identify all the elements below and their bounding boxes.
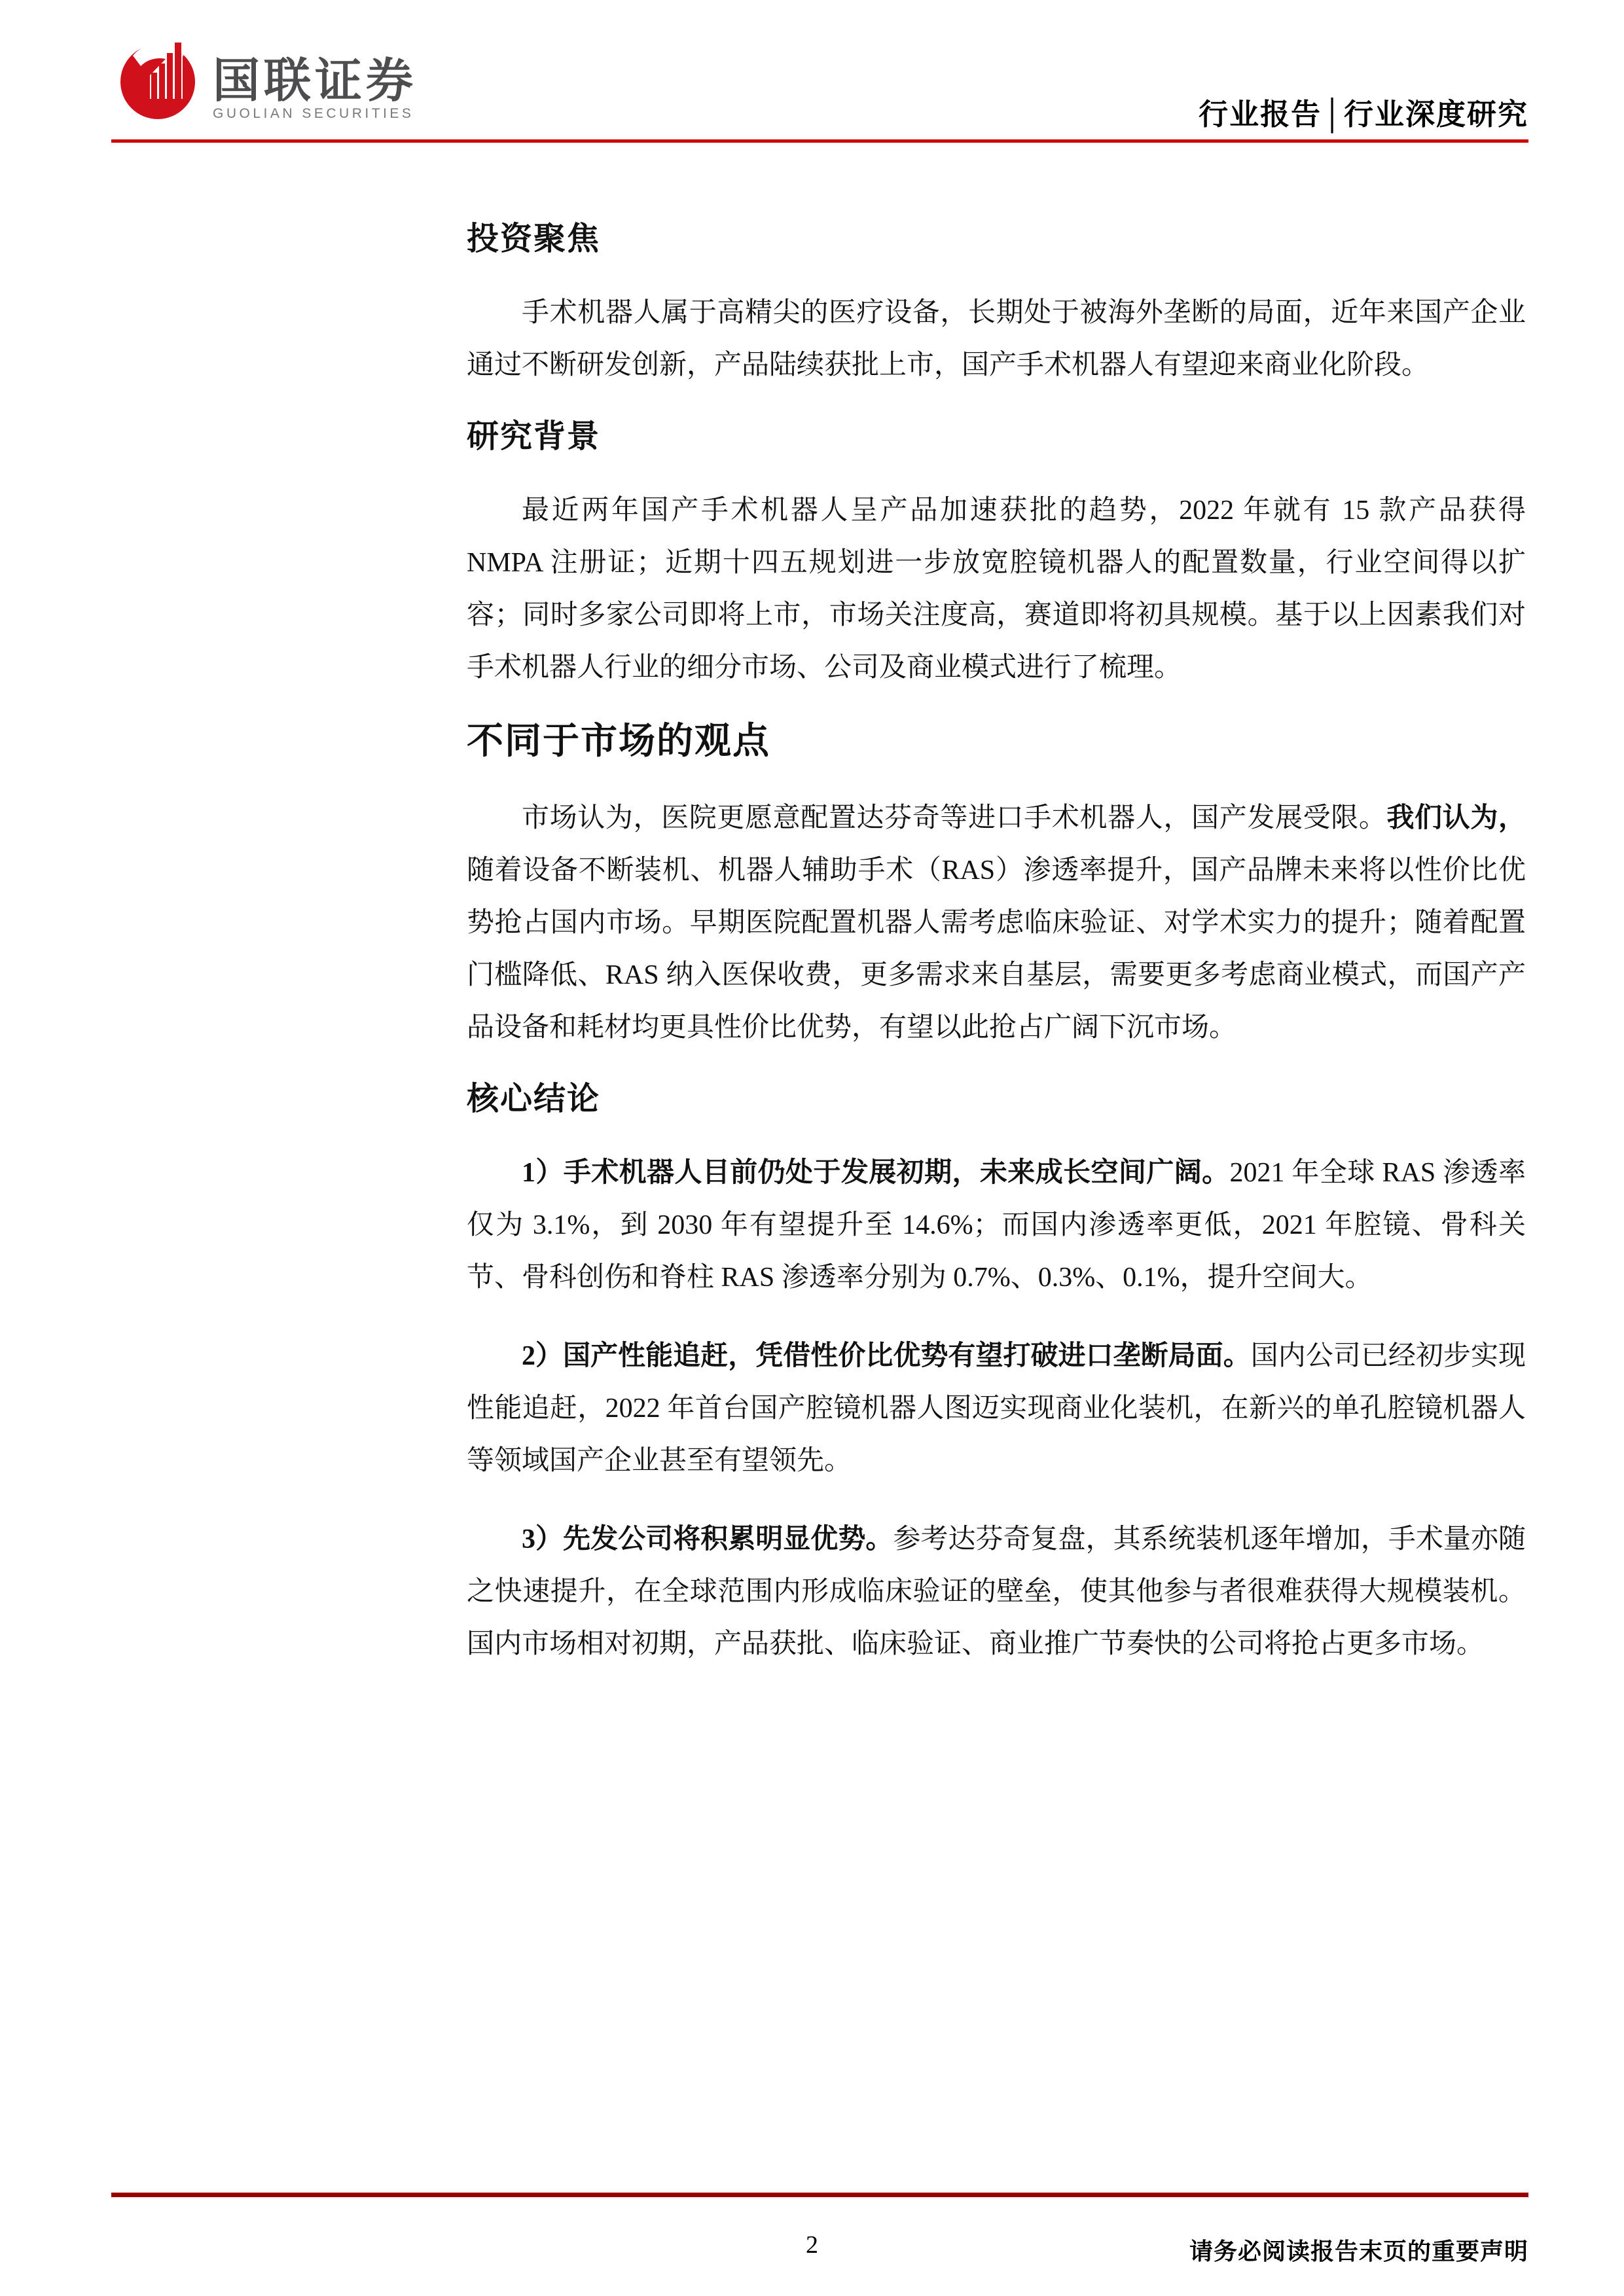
paragraph: 1）手术机器人目前仍处于发展初期，未来成长空间广阔。2021 年全球 RAS 渗… [467,1147,1526,1304]
text-run: 我们认为， [1386,803,1526,833]
text-run: 1）手术机器人目前仍处于发展初期，未来成长空间广阔。 [522,1158,1230,1188]
logo-text: 国联证券 GUOLIAN SECURITIES [213,36,417,122]
section-heading: 研究背景 [467,418,1526,456]
section-heading: 不同于市场的观点 [467,720,1526,763]
paragraph: 最近两年国产手术机器人呈产品加速获批的趋势，2022 年就有 15 款产品获得 … [467,484,1526,694]
header-divider [111,139,1528,143]
text-run: 最近两年国产手术机器人呈产品加速获批的趋势，2022 年就有 15 款产品获得 … [467,495,1526,683]
section-heading: 核心结论 [467,1080,1526,1118]
text-run: 3）先发公司将积累明显优势。 [522,1524,893,1554]
logo-name-cn: 国联证券 [213,57,417,105]
text-run: 随着设备不断装机、机器人辅助手术（RAS）渗透率提升，国产品牌未来将以性价比优势… [467,855,1526,1043]
report-body: 投资聚焦手术机器人属于高精尖的医疗设备，长期处于被海外垄断的局面，近年来国产企业… [467,220,1526,1696]
report-category-label: 行业报告│行业深度研究 [1199,90,1528,133]
logo-name-en: GUOLIAN SECURITIES [213,105,417,122]
paragraph: 2）国产性能追赶，凭借性价比优势有望打破进口垄断局面。国内公司已经初步实现性能追… [467,1330,1526,1487]
report-page: 国联证券 GUOLIAN SECURITIES 行业报告│行业深度研究 投资聚焦… [0,0,1624,2296]
paragraph: 3）先发公司将积累明显优势。参考达芬奇复盘，其系统装机逐年增加，手术量亦随之快速… [467,1513,1526,1670]
section-heading: 投资聚焦 [467,220,1526,258]
guolian-logo-icon [120,36,198,121]
footer-divider [111,2193,1528,2197]
company-logo: 国联证券 GUOLIAN SECURITIES [120,36,417,122]
footer-disclaimer: 请务必阅读报告末页的重要声明 [1189,2233,1528,2267]
text-run: 市场认为，医院更愿意配置达芬奇等进口手术机器人，国产发展受限。 [522,803,1386,833]
text-run: 2）国产性能追赶，凭借性价比优势有望打破进口垄断局面。 [522,1341,1251,1371]
paragraph: 市场认为，医院更愿意配置达芬奇等进口手术机器人，国产发展受限。我们认为，随着设备… [467,792,1526,1054]
text-run: 手术机器人属于高精尖的医疗设备，长期处于被海外垄断的局面，近年来国产企业通过不断… [467,298,1526,380]
paragraph: 手术机器人属于高精尖的医疗设备，长期处于被海外垄断的局面，近年来国产企业通过不断… [467,287,1526,391]
